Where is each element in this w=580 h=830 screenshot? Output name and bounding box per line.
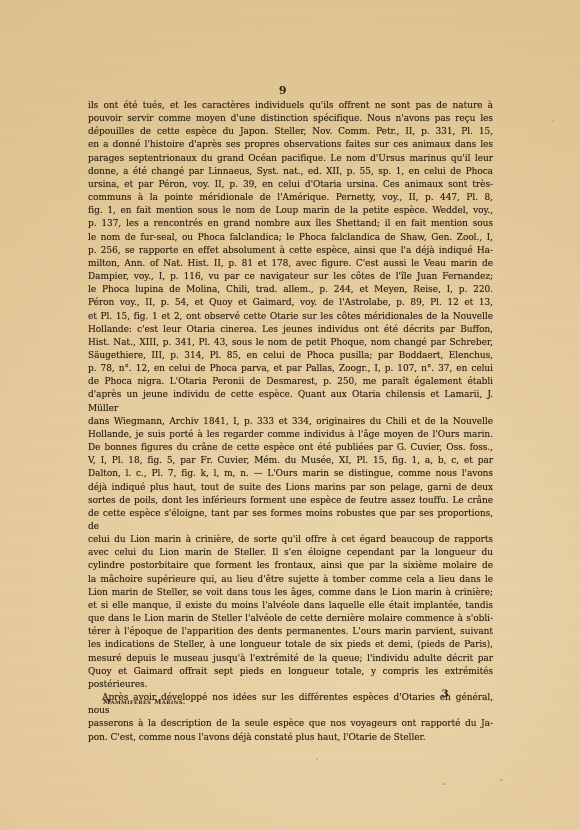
- text-line: en a donné l'histoire d'après ses propre…: [88, 139, 493, 152]
- text-line: et Pl. 15, fig. 1 et 2, ont observé cett…: [88, 311, 493, 324]
- text-line: pouvoir servir comme moyen d'une distinc…: [88, 113, 493, 126]
- text-line: communs à la pointe méridionale de l'Amé…: [88, 192, 493, 205]
- text-line: pon. C'est, comme nous l'avons déjà cons…: [88, 732, 493, 745]
- text-line: ils ont été tués, et les caractères indi…: [88, 100, 493, 113]
- paper-speck: [316, 758, 318, 760]
- text-line: De bonnes figures du crâne de cette espè…: [88, 442, 493, 455]
- text-line: milton, Ann. of Nat. Hist. II, p. 81 et …: [88, 258, 493, 271]
- text-line: passerons à la description de la seule e…: [88, 718, 493, 731]
- text-line: V, I, Pl. 18, fig. 5, par Fr. Cuvier, Mé…: [88, 455, 493, 468]
- text-line: Säugethiere, III, p. 314, Pl. 85, en cel…: [88, 350, 493, 363]
- text-block: ils ont été tués, et les caractères indi…: [88, 100, 493, 745]
- scanned-book-page: { "page": { "header": { "page_number": "…: [0, 0, 580, 830]
- text-line: dans Wiegmann, Archiv 1841, I, p. 333 et…: [88, 416, 493, 429]
- text-line: les indications de Steller, à une longue…: [88, 639, 493, 652]
- text-line: fig. 1, en fait mention sous le nom de L…: [88, 205, 493, 218]
- signature-title: Mammifères Marins.: [103, 698, 186, 706]
- text-line: déjà indiqué plus haut, tout de suite de…: [88, 482, 493, 495]
- text-line: d'après un jeune individu de cette espèc…: [88, 389, 493, 415]
- paper-speck: [500, 779, 503, 781]
- text-line: de cette espèce s'éloigne, tant par ses …: [88, 508, 493, 534]
- page-number: 9: [88, 84, 478, 97]
- text-line: mesuré depuis le museau jusqu'à l'extrém…: [88, 653, 493, 666]
- text-line: p. 78, n°. 12, en celui de Phoca parva, …: [88, 363, 493, 376]
- text-line: p. 137, les a rencontrés en grand nombre…: [88, 218, 493, 231]
- paper-speck: [552, 120, 554, 122]
- text-line: la mâchoire supérieure qui, au lieu d'êt…: [88, 574, 493, 587]
- text-line: cylindre postorbitaire que forment les f…: [88, 560, 493, 573]
- text-line: p. 256, se rapporte en effet absolument …: [88, 245, 493, 258]
- text-line: le Phoca lupina de Molina, Chili, trad. …: [88, 284, 493, 297]
- text-line: sortes de poils, dont les inférieurs for…: [88, 495, 493, 508]
- text-line: celui du Lion marin à crinière, de sorte…: [88, 534, 493, 547]
- text-line: dépouilles de cette espèce du Japon. Ste…: [88, 126, 493, 139]
- text-line: Péron voy., II, p. 54, et Quoy et Gaimar…: [88, 297, 493, 310]
- text-line: et si elle manque, il existe du moins l'…: [88, 600, 493, 613]
- paper-speck: [443, 783, 445, 785]
- text-line: donne, a été changé par Linnaeus, Syst. …: [88, 166, 493, 179]
- text-line: térer à l'époque de l'apparition des den…: [88, 626, 493, 639]
- text-line: ursina, et par Péron, voy. II, p. 39, en…: [88, 179, 493, 192]
- text-line: Dampier, voy., I, p. 116, vu par ce navi…: [88, 271, 493, 284]
- text-line: Hollande: c'est leur Otaria cinerea. Les…: [88, 324, 493, 337]
- text-line: Hist. Nat., XIII, p. 341, Pl. 43, sous l…: [88, 337, 493, 350]
- text-line: parages septentrionaux du grand Océan pa…: [88, 153, 493, 166]
- text-line: avec celui du Lion marin de Steller. Il …: [88, 547, 493, 560]
- text-line: que dans le Lion marin de Steller l'alvé…: [88, 613, 493, 626]
- text-line: Hollande, je suis porté à les regarder c…: [88, 429, 493, 442]
- text-line: Dalton, l. c., Pl. 7, fig. k, l, m, n. —…: [88, 468, 493, 481]
- text-line: de Phoca nigra. L'Otaria Peronii de Desm…: [88, 376, 493, 389]
- sheet-number: 3: [430, 688, 460, 700]
- text-line: le nom de fur-seal, ou Phoca falclandica…: [88, 232, 493, 245]
- text-line: Lion marin de Steller, se voit dans tous…: [88, 587, 493, 600]
